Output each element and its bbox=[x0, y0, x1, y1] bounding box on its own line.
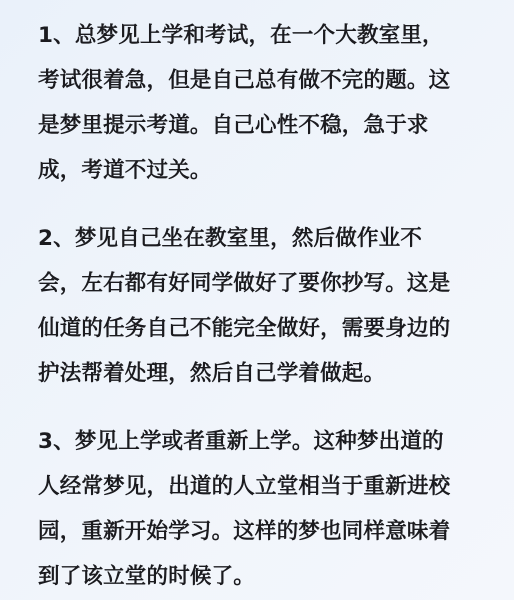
paragraph-line: 人经常梦见，出道的人立堂相当于重新进校 bbox=[38, 464, 478, 509]
paragraph-3: 3、梦见上学或者重新上学。这种梦出道的 人经常梦见，出道的人立堂相当于重新进校 … bbox=[38, 419, 478, 599]
paragraph-line: 到了该立堂的时候了。 bbox=[38, 554, 478, 599]
paragraph-line: 考试很着急，但是自己总有做不完的题。这 bbox=[38, 58, 478, 103]
paragraph-line: 仙道的任务自己不能完全做好，需要身边的 bbox=[38, 306, 478, 351]
paragraph-line: 护法帮着处理，然后自己学着做起。 bbox=[38, 351, 478, 396]
paragraph-line: 成，考道不过关。 bbox=[38, 148, 478, 193]
paragraph-1: 1、总梦见上学和考试，在一个大教室里， 考试很着急，但是自己总有做不完的题。这 … bbox=[38, 13, 478, 193]
paragraph-2: 2、梦见自己坐在教室里，然后做作业不 会，左右都有好同学做好了要你抄写。这是 仙… bbox=[38, 216, 478, 396]
paragraph-line: 会，左右都有好同学做好了要你抄写。这是 bbox=[38, 261, 478, 306]
paragraph-line: 2、梦见自己坐在教室里，然后做作业不 bbox=[38, 216, 478, 261]
paragraph-line: 是梦里提示考道。自己心性不稳，急于求 bbox=[38, 103, 478, 148]
paragraph-line: 3、梦见上学或者重新上学。这种梦出道的 bbox=[38, 419, 478, 464]
paragraph-line: 园，重新开始学习。这样的梦也同样意味着 bbox=[38, 509, 478, 554]
document-body: 1、总梦见上学和考试，在一个大教室里， 考试很着急，但是自己总有做不完的题。这 … bbox=[38, 13, 478, 599]
paragraph-line: 1、总梦见上学和考试，在一个大教室里， bbox=[38, 13, 478, 58]
